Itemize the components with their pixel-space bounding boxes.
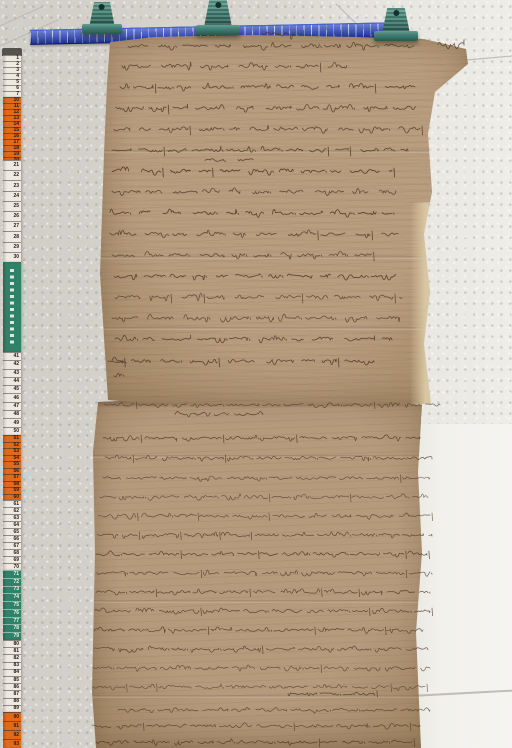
handwritten-line xyxy=(97,532,432,540)
handwritten-line xyxy=(205,159,253,162)
binder-clip xyxy=(374,8,418,41)
ruler-number: 85 xyxy=(3,676,21,683)
handwritten-line xyxy=(114,373,124,376)
handwritten-line xyxy=(288,691,377,697)
handwritten-line xyxy=(115,335,392,343)
handwritten-line xyxy=(97,570,432,578)
ruler-number: 75 xyxy=(3,601,21,609)
ruler-number: 29 xyxy=(3,242,21,252)
clip-body xyxy=(204,0,231,25)
ruler-number: 41 xyxy=(3,352,21,360)
handwritten-line xyxy=(100,494,428,502)
ruler-number: 79 xyxy=(3,632,21,640)
handwritten-line xyxy=(95,608,433,616)
ruler-number: 61 xyxy=(3,500,21,507)
handwritten-line xyxy=(115,293,402,303)
ruler-number: 86 xyxy=(3,683,21,690)
handwritten-line xyxy=(112,314,400,322)
ruler-number: 84 xyxy=(3,669,21,676)
handwritten-line xyxy=(103,435,420,443)
ruler-brand-text xyxy=(10,269,14,345)
ruler-number: 63 xyxy=(3,514,21,521)
ruler-number: 49 xyxy=(3,418,21,426)
ruler-number: 43 xyxy=(3,369,21,377)
handwritten-line xyxy=(98,513,433,521)
ruler-number: 22 xyxy=(3,170,21,180)
handwritten-line xyxy=(93,665,430,673)
ruler-segment: 1011121314151617181920 xyxy=(3,97,21,160)
ruler-number: 42 xyxy=(3,360,21,368)
ruler-number: 77 xyxy=(3,617,21,625)
clip-body xyxy=(90,2,115,25)
ruler-number: 50 xyxy=(3,427,21,435)
handwritten-line xyxy=(120,83,415,93)
ruler-number: 65 xyxy=(3,528,21,535)
ruler-segment: 61626364656667686970 xyxy=(3,500,21,570)
ruler-number: 81 xyxy=(3,647,21,654)
ruler-number: 73 xyxy=(3,586,21,594)
ruler-number: 78 xyxy=(3,624,21,632)
ruler-number: 82 xyxy=(3,654,21,661)
ruler-number: 23 xyxy=(3,180,21,190)
ruler-number: 68 xyxy=(3,549,21,556)
handwritten-line xyxy=(112,361,126,363)
ruler-number: 44 xyxy=(3,377,21,385)
clip-body xyxy=(382,8,409,32)
handwritten-line xyxy=(262,32,302,39)
handwritten-line xyxy=(110,230,398,240)
clip-jaw xyxy=(374,31,418,41)
vertical-measuring-tape: 1234567891011121314151617181920212223242… xyxy=(3,0,21,748)
ruler-number: 71 xyxy=(3,570,21,578)
handwritten-line xyxy=(112,188,396,196)
handwritten-line xyxy=(96,739,415,747)
ruler-segment: 51525354555657585960 xyxy=(3,435,21,500)
ruler-number: 25 xyxy=(3,201,21,211)
handwritten-line xyxy=(105,455,432,463)
handwritten-line xyxy=(118,707,430,712)
ruler-number: 67 xyxy=(3,542,21,549)
handwritten-line xyxy=(93,684,428,692)
clip-hole xyxy=(393,10,399,16)
ruler-number: 62 xyxy=(3,507,21,514)
ruler-number: 80 xyxy=(3,640,21,647)
handwritten-line xyxy=(96,551,429,559)
handwritten-line xyxy=(104,402,440,409)
clip-hole xyxy=(99,4,105,10)
ruler-number: 74 xyxy=(3,593,21,601)
ruler-number: 72 xyxy=(3,578,21,586)
ruler-number: 89 xyxy=(3,705,21,712)
ruler-number: 45 xyxy=(3,385,21,393)
ruler-segment: 41424344454647484950 xyxy=(3,352,21,435)
ruler-number: 88 xyxy=(3,698,21,705)
ruler-number: 66 xyxy=(3,535,21,542)
ruler-number: 27 xyxy=(3,221,21,231)
ruler-number: 24 xyxy=(3,191,21,201)
handwritten-line xyxy=(122,62,347,72)
ruler-number: 46 xyxy=(3,393,21,401)
ruler-segment: 21222324252627282930 xyxy=(3,160,21,262)
handwritten-line xyxy=(112,146,408,156)
handwritten-line xyxy=(112,167,395,177)
ruler-number: 64 xyxy=(3,521,21,528)
ruler-number: 21 xyxy=(3,160,21,170)
handwritten-line xyxy=(114,274,396,280)
ruler-number: 48 xyxy=(3,410,21,418)
clip-jaw xyxy=(196,25,240,36)
handwritten-line xyxy=(94,646,428,654)
manuscript-photo: 1234567891011121314151617181920212223242… xyxy=(0,0,512,748)
clip-jaw xyxy=(82,24,122,34)
clip-hole xyxy=(215,2,221,8)
ruler-number: 70 xyxy=(3,563,21,570)
handwritten-line xyxy=(110,209,394,217)
handwritten-line xyxy=(112,251,374,261)
handwritten-line xyxy=(94,627,423,635)
handwritten-line xyxy=(114,125,423,135)
handwritten-line xyxy=(175,412,263,417)
ruler-segment: 123456789 xyxy=(3,55,21,97)
handwritten-line xyxy=(116,104,416,114)
ruler-number: 90 xyxy=(3,712,21,721)
handwritten-line xyxy=(438,40,464,49)
ruler-number: 30 xyxy=(3,252,21,262)
handwritten-line xyxy=(96,589,430,597)
binder-clip xyxy=(82,2,122,34)
ruler-segment: 80818283848586878889 xyxy=(3,640,21,712)
handwritten-line xyxy=(103,475,430,483)
handwritten-line xyxy=(92,723,420,731)
ruler-number: 26 xyxy=(3,211,21,221)
handwritten-line xyxy=(128,42,414,50)
ruler-number: 91 xyxy=(3,721,21,730)
binder-clip xyxy=(196,0,240,35)
handwritten-line xyxy=(108,357,374,367)
ruler-segment xyxy=(3,262,21,352)
ruler-number: 92 xyxy=(3,730,21,739)
ruler-number: 47 xyxy=(3,402,21,410)
ruler-number: 69 xyxy=(3,556,21,563)
ruler-segment: 717273747576777879 xyxy=(3,570,21,640)
ruler-segment: 90919293 xyxy=(3,712,21,748)
ruler-number: 28 xyxy=(3,231,21,241)
ruler-number: 83 xyxy=(3,662,21,669)
handwriting-layer xyxy=(0,0,512,748)
ruler-number: 76 xyxy=(3,609,21,617)
ruler-number: 93 xyxy=(3,739,21,748)
ruler-number: 87 xyxy=(3,690,21,697)
